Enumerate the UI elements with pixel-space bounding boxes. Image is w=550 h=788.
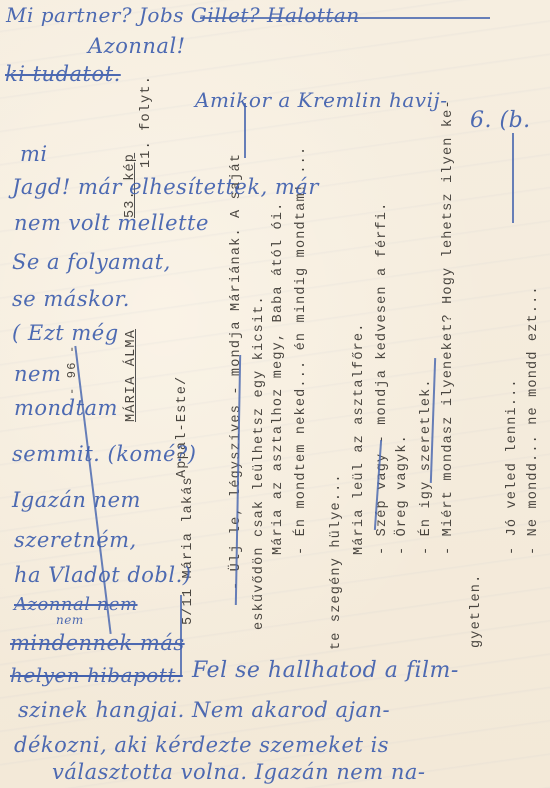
- typed-line-2: eskűvődön csak leülhetsz egy kicsit.: [253, 295, 267, 630]
- typed-line-13: - Ne mondd... ne mondd ezt...: [527, 285, 541, 555]
- handwriting-line-25: választotta volna. Igazán nem na-: [52, 762, 425, 783]
- typed-location: 5/11 Mária lakás: [182, 476, 196, 625]
- typed-folyt: 11. folyt.: [140, 75, 154, 168]
- handwriting-line-3: ki tudatot.: [5, 64, 121, 85]
- typed-line-3: Mária az asztalhoz megy, Baba ától ói.: [272, 202, 286, 555]
- handwriting-line-12: nem: [14, 364, 61, 385]
- handwriting-line-16: szeretném,: [14, 530, 137, 551]
- handwriting-line-18: Azonnal nem: [14, 596, 138, 614]
- typed-line-12: - Jó veled lenni...: [506, 378, 520, 555]
- typed-line-4: - Én mondtem neked... én mindig mondtam!…: [295, 146, 309, 555]
- handwriting-line-2: Azonnal!: [88, 36, 186, 57]
- handwriting-line-20: mindennek más: [10, 633, 185, 654]
- handwriting-line-17: ha Vladot dobl.): [14, 565, 191, 586]
- strike-1: [200, 17, 490, 19]
- typed-line-5: te szegény hülye...: [330, 473, 344, 650]
- typed-line-6: Mária leül az asztalfőre.: [353, 322, 367, 555]
- handwriting-line-1: Mi partner? Jobs Gillet? Halottan: [6, 5, 360, 25]
- handwriting-line-4: Amikor a Kremlin havij-: [195, 90, 447, 110]
- handwriting-line-24: dékozni, aki kérdezte szemeket is: [14, 735, 389, 756]
- pen-underline-3: [512, 133, 514, 223]
- handwriting-line-21: helyen hibapott.: [10, 665, 183, 685]
- handwriting-line-14: semmit. (komé?): [12, 444, 196, 465]
- handwriting-line-15: Igazán nem: [12, 490, 141, 511]
- manuscript-page: 53. kép 11. folyt. - 96 - MÁRIA ÁLMA App…: [0, 0, 550, 788]
- handwriting-line-11: ( Ezt még: [12, 323, 119, 344]
- handwriting-line-13: mondtam: [14, 398, 118, 419]
- typed-line-11: gyetlen.: [470, 574, 484, 648]
- handwriting-line-10: se máskor.: [12, 289, 130, 310]
- handwriting-line-7: Jagd! már elhesítettek, már: [12, 177, 319, 198]
- handwriting-line-6: mi: [20, 144, 48, 165]
- typed-title: MÁRIA ÁLMA: [125, 329, 139, 422]
- handwriting-line-5: 6. (b.: [470, 110, 531, 132]
- typed-line-8: - Öreg vagyk.: [396, 434, 410, 555]
- handwriting-line-22: Fel se hallhatod a film-: [192, 660, 459, 682]
- typed-line-7: - Szép vagy - mondja kedvesen a férfi.: [376, 202, 390, 555]
- handwriting-line-23: szinek hangjai. Nem akarod ajan-: [18, 700, 390, 721]
- typed-line-10: - Miért mondasz ilyeneket? Hogy lehetsz …: [442, 99, 456, 555]
- handwriting-line-8: nem volt mellette: [14, 213, 209, 234]
- handwriting-line-9: Se a folyamat,: [12, 252, 171, 273]
- handwriting-line-19: nem: [56, 614, 84, 626]
